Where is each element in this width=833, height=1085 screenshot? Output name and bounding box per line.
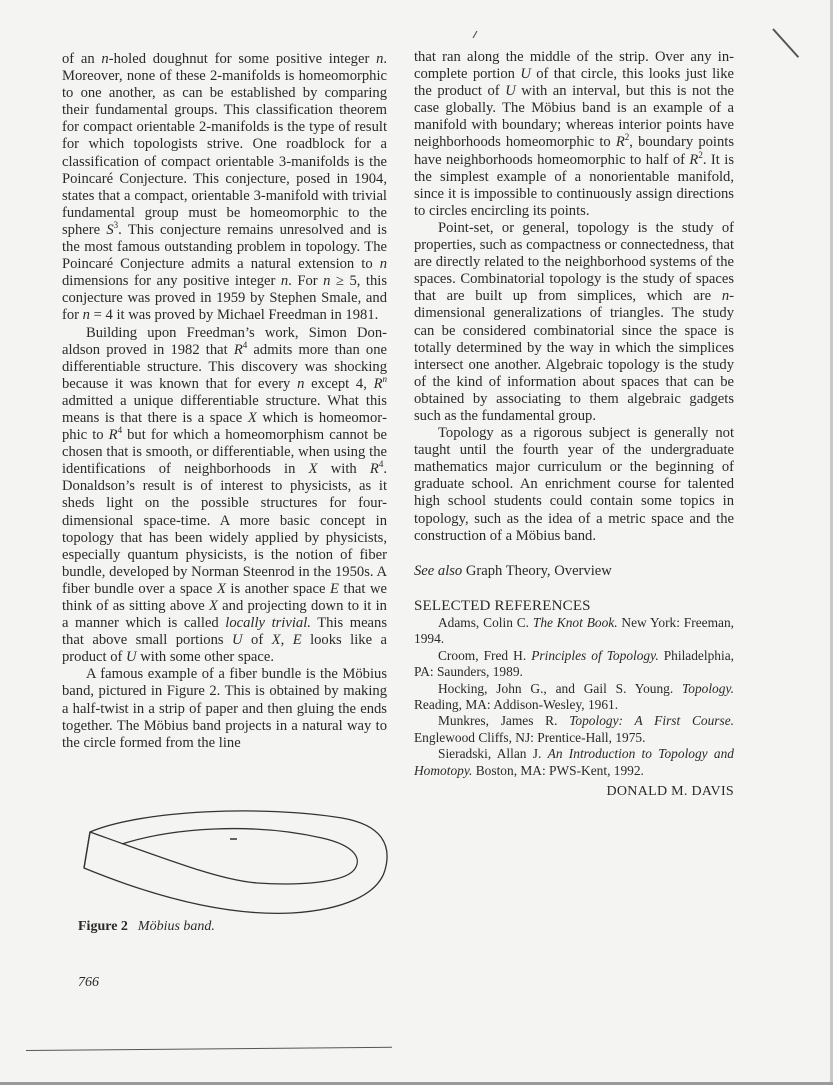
references-list: Adams, Colin C. The Knot Book. New York:…: [414, 615, 734, 779]
paragraph: Building upon Freedman’s work, Simon Don…: [62, 325, 387, 667]
figure-label: Figure 2: [78, 919, 128, 934]
right-column: that ran along the middle of the strip. …: [414, 49, 734, 800]
see-also: See also Graph Theory, Overview: [414, 563, 734, 580]
reference-item: Munkres, James R. Topology: A First Cour…: [414, 713, 734, 746]
right-column-body: that ran along the middle of the strip. …: [414, 49, 734, 545]
reference-item: Adams, Colin C. The Knot Book. New York:…: [414, 615, 734, 648]
mobius-inner-edge: [90, 829, 357, 884]
paragraph: A famous example of a fiber bundle is th…: [62, 666, 387, 751]
footer-rule: [26, 1047, 392, 1051]
mobius-band-figure: [82, 800, 392, 920]
reference-item: Sieradski, Allan J. An Introduction to T…: [414, 746, 734, 779]
mobius-twist-edge: [84, 832, 90, 868]
see-also-label: See also: [414, 563, 462, 579]
paragraph: of an n-holed doughnut for some positive…: [62, 51, 387, 325]
figure-caption-text: Möbius band.: [138, 919, 215, 934]
article-author: DONALD M. DAVIS: [414, 783, 734, 800]
pen-mark: [772, 28, 799, 58]
stray-tick-mark: [473, 31, 478, 38]
paragraph: Topology as a rigorous subject is genera…: [414, 425, 734, 545]
left-column: of an n-holed doughnut for some positive…: [62, 51, 387, 752]
reference-item: Croom, Fred H. Principles of Topology. P…: [414, 648, 734, 681]
paragraph: Point-set, or general, topology is the s…: [414, 220, 734, 425]
mobius-outer-edge: [84, 811, 387, 913]
paragraph: that ran along the middle of the strip. …: [414, 49, 734, 220]
references-heading: SELECTED REFERENCES: [414, 598, 734, 615]
page-number: 766: [78, 975, 99, 991]
see-also-links[interactable]: Graph Theory, Overview: [462, 563, 612, 579]
reference-item: Hocking, John G., and Gail S. Young. Top…: [414, 681, 734, 714]
figure-caption: Figure 2Möbius band.: [78, 919, 215, 935]
